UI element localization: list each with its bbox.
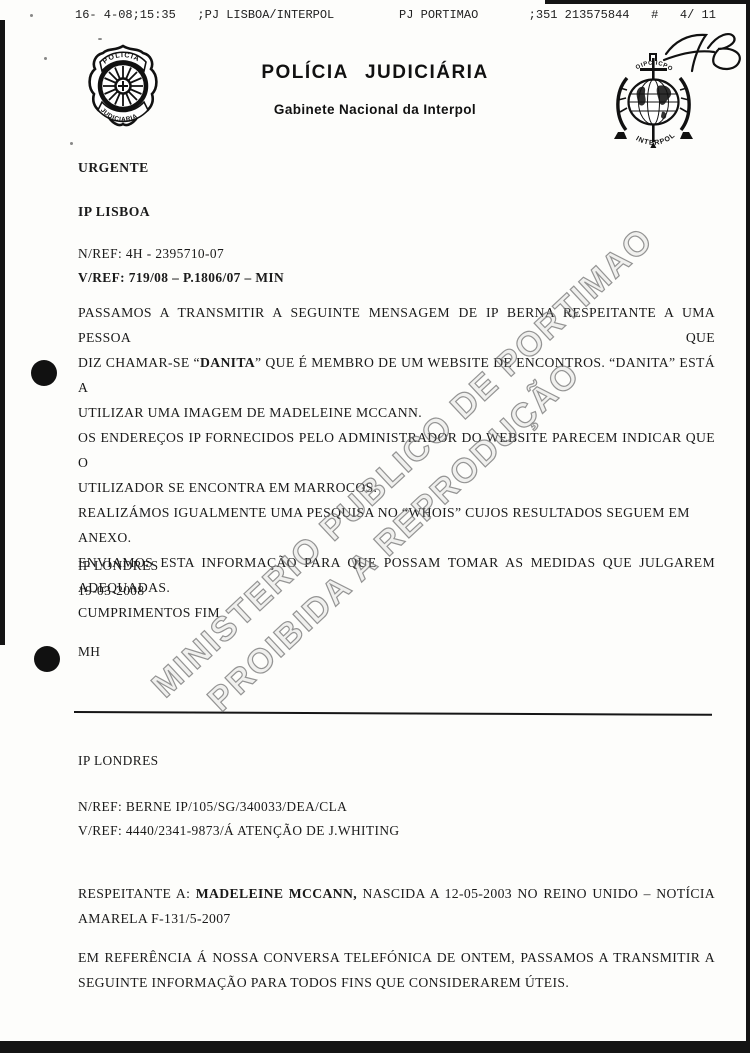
fax-transmission-header: 16- 4-08;15:35 ;PJ LISBOA/INTERPOL PJ PO… — [75, 8, 716, 22]
scan-speck — [44, 57, 47, 60]
subject-line: RESPEITANTE A: MADELEINE MCCANN, NASCIDA… — [78, 881, 715, 906]
your-reference: V/REF: 719/08 – P.1806/07 – MIN — [78, 270, 284, 286]
message-line: UTILIZADOR SE ENCONTRA EM MARROCOS. — [78, 475, 715, 500]
subject-post: NASCIDA A 12-05-2003 NO REINO UNIDO – NO… — [357, 886, 715, 901]
your-reference-2: V/REF: 4440/2341-9873/Á ATENÇÃO DE J.WHI… — [78, 823, 399, 839]
operator-initials: MH — [78, 644, 100, 660]
message-line: SEGUINTE INFORMAÇÃO PARA TODOS FINS QUE … — [78, 970, 715, 995]
fax-document-page: 16- 4-08;15:35 ;PJ LISBOA/INTERPOL PJ PO… — [0, 0, 750, 1053]
scan-speck — [30, 14, 33, 17]
subject-pre: RESPEITANTE A: — [78, 886, 196, 901]
policia-judiciaria-badge-logo: POLICIA JUDICIARIA — [86, 44, 160, 141]
message-line: ADEQUADAS. — [78, 575, 715, 600]
scan-speck — [70, 142, 73, 145]
urgency-label: URGENTE — [78, 160, 149, 176]
section-divider — [74, 711, 712, 716]
scan-edge-top-right — [545, 0, 750, 4]
message-line: CUMPRIMENTOS FIM — [78, 600, 715, 625]
addressee-ip-lisboa: IP LISBOA — [78, 204, 150, 220]
message-line: REALIZÁMOS IGUALMENTE UMA PESQUISA NO “W… — [78, 500, 715, 550]
message-line: UTILIZAR UMA IMAGEM DE MADELEINE MCCANN. — [78, 400, 715, 425]
subject-line: AMARELA F-131/5-2007 — [78, 906, 715, 931]
scan-edge-right — [746, 0, 750, 1046]
message-date: 19-03-2008 — [78, 583, 144, 599]
origin-ip-londres: IP LONDRES — [78, 558, 159, 574]
message-line: OS ENDEREÇOS IP FORNECIDOS PELO ADMINIST… — [78, 425, 715, 475]
message-line: PASSAMOS A TRANSMITIR A SEGUINTE MENSAGE… — [78, 300, 715, 350]
message-body-2: EM REFERÊNCIA Á NOSSA CONVERSA TELEFÓNIC… — [78, 945, 715, 995]
message-line: EM REFERÊNCIA Á NOSSA CONVERSA TELEFÓNIC… — [78, 945, 715, 970]
interpol-bottom-text: INTERPOL — [634, 132, 676, 147]
our-reference-2: N/REF: BERNE IP/105/SG/340033/DEA/CLA — [78, 799, 347, 815]
our-reference: N/REF: 4H - 2395710-07 — [78, 246, 224, 262]
punch-hole — [31, 360, 57, 386]
scan-edge-bottom — [0, 1041, 750, 1053]
punch-hole — [34, 646, 60, 672]
subject-block: RESPEITANTE A: MADELEINE MCCANN, NASCIDA… — [78, 881, 715, 931]
alias-danita: DANITA — [200, 355, 255, 370]
message-body: PASSAMOS A TRANSMITIR A SEGUINTE MENSAGE… — [78, 300, 715, 625]
subject-name-madeleine-mccann: MADELEINE MCCANN, — [196, 886, 357, 901]
message-line-pre: DIZ CHAMAR-SE “ — [78, 355, 200, 370]
message-line: DIZ CHAMAR-SE “DANITA” QUE É MEMBRO DE U… — [78, 350, 715, 400]
origin-ip-londres-2: IP LONDRES — [78, 753, 159, 769]
interpol-emblem-logo: OIPC ICPO INTERPOL — [606, 50, 702, 152]
scan-speck — [98, 38, 102, 40]
message-line: ENVIAMOS ESTA INFORMAÇÃO PARA QUE POSSAM… — [78, 550, 715, 575]
svg-text:INTERPOL: INTERPOL — [634, 132, 676, 147]
